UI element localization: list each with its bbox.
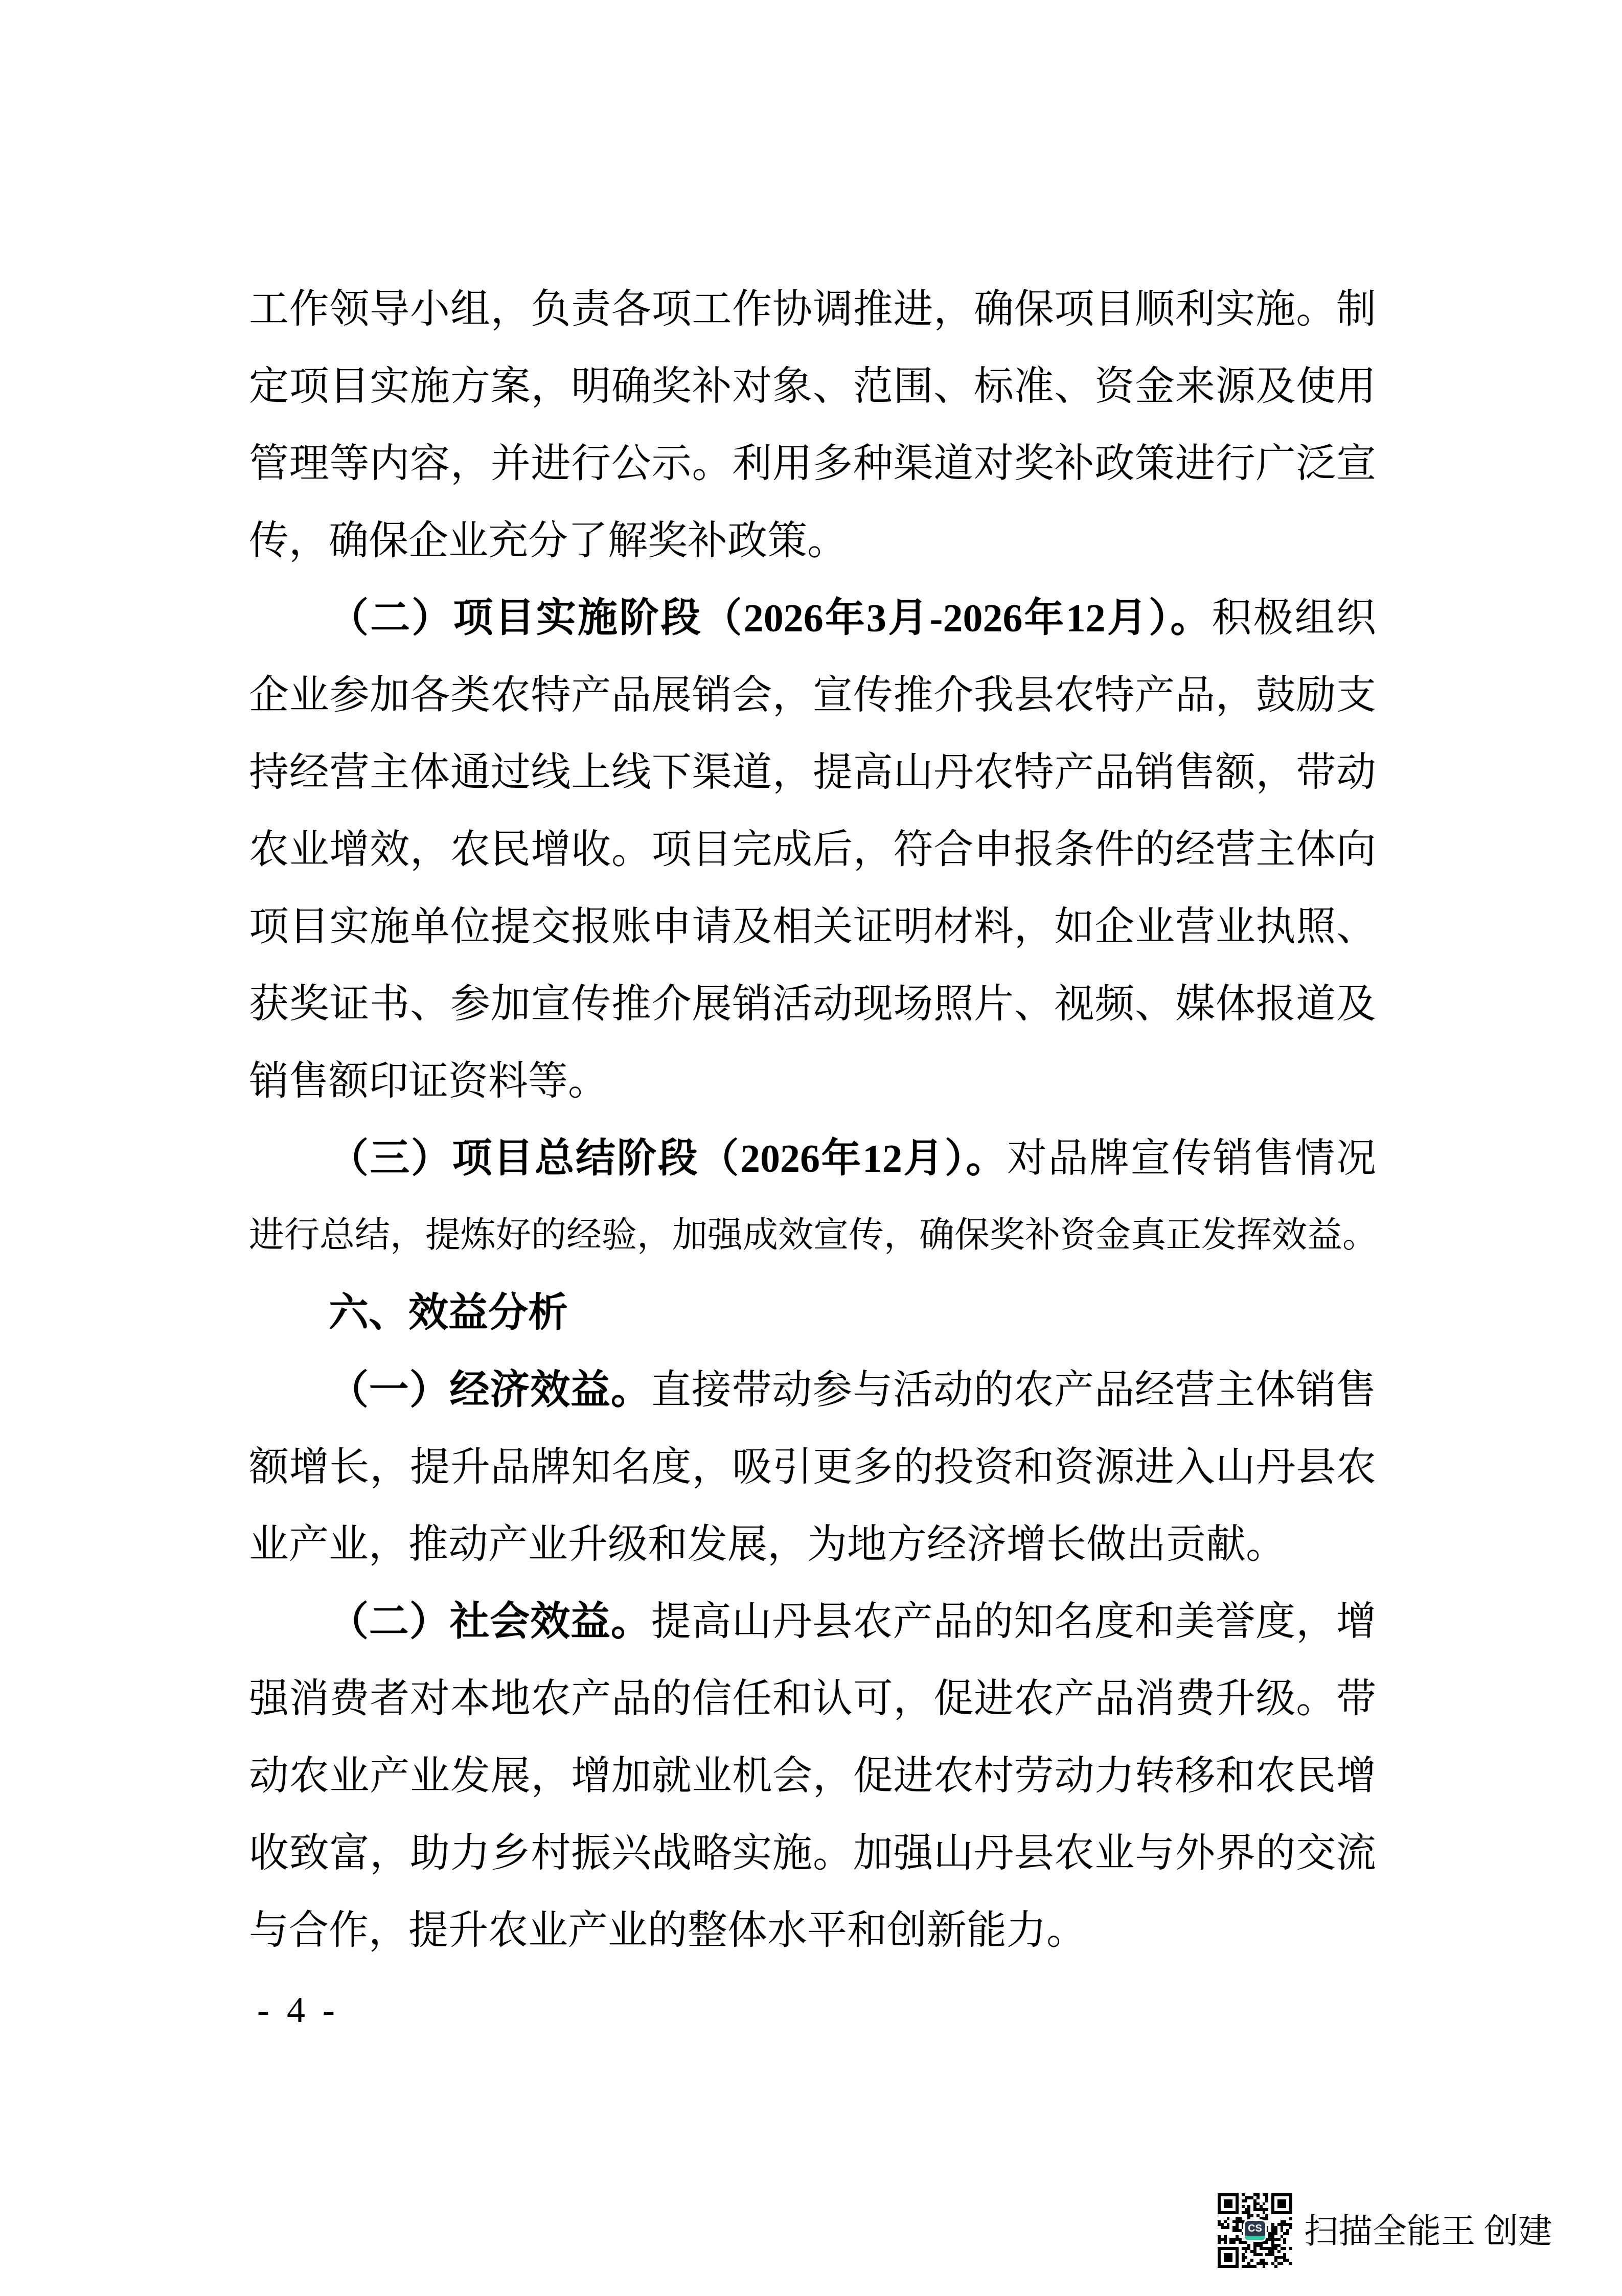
text-segment: 项目实施单位提交报账申请及相关证明材料，如企业营业执照、 (249, 904, 1376, 949)
document-page: 工作领导小组，负责各项工作协调推进，确保项目顺利实施。制定项目实施方案，明确奖补… (0, 0, 1622, 2296)
text-segment: 额增长，提升品牌知名度，吸引更多的投资和资源进入山丹县农 (249, 1445, 1376, 1489)
text-line: 项目实施单位提交报账申请及相关证明材料，如企业营业执照、 (249, 888, 1376, 965)
text-segment: 企业参加各类农特产品展销会，宣传推介我县农特产品，鼓励支 (249, 673, 1376, 717)
page-number: - 4 - (257, 1987, 339, 2033)
text-segment: 直接带动参与活动的农产品经营主体销售 (651, 1368, 1376, 1412)
document-lines: 工作领导小组，负责各项工作协调推进，确保项目顺利实施。制定项目实施方案，明确奖补… (249, 270, 1376, 1969)
bold-label: （三）项目总结阶段（2026年12月）。 (329, 1136, 1007, 1180)
text-line: （三）项目总结阶段（2026年12月）。对品牌宣传销售情况 (249, 1120, 1376, 1197)
text-line: 传，确保企业充分了解奖补政策。 (249, 502, 1376, 579)
text-line: 定项目实施方案，明确奖补对象、范围、标准、资金来源及使用 (249, 348, 1376, 425)
text-segment: 传，确保企业充分了解奖补政策。 (249, 518, 847, 563)
text-line: （二）项目实施阶段（2026年3月-2026年12月）。积极组织 (249, 579, 1376, 656)
text-segment: 获奖证书、参加宣传推介展销活动现场照片、视频、媒体报道及 (249, 982, 1376, 1026)
text-line: 获奖证书、参加宣传推介展销活动现场照片、视频、媒体报道及 (249, 965, 1376, 1042)
text-line: 持经营主体通过线上线下渠道，提高山丹农特产品销售额，带动 (249, 734, 1376, 811)
text-line: 收致富，助力乡村振兴战略实施。加强山丹县农业与外界的交流 (249, 1814, 1376, 1892)
text-segment: 定项目实施方案，明确奖补对象、范围、标准、资金来源及使用 (249, 364, 1376, 408)
bold-label: 六、效益分析 (329, 1290, 568, 1335)
text-line: （二）社会效益。提高山丹县农产品的知名度和美誉度，增 (249, 1583, 1376, 1660)
qr-code: CS (1218, 2193, 1292, 2268)
logo-teal-bar-icon (1245, 2236, 1265, 2240)
text-segment: 强消费者对本地农产品的信任和认可，促进农产品消费升级。带 (249, 1676, 1376, 1721)
camscanner-logo-text: CS (1245, 2221, 1265, 2236)
bold-label: （一）经济效益。 (329, 1368, 651, 1412)
text-segment: 收致富，助力乡村振兴战略实施。加强山丹县农业与外界的交流 (249, 1831, 1376, 1875)
section-heading: 六、效益分析 (249, 1274, 1376, 1351)
text-segment: 提高山丹县农产品的知名度和美誉度，增 (651, 1599, 1376, 1644)
text-segment: 持经营主体通过线上线下渠道，提高山丹农特产品销售额，带动 (249, 750, 1376, 794)
text-line: 强消费者对本地农产品的信任和认可，促进农产品消费升级。带 (249, 1660, 1376, 1737)
text-segment: 销售额印证资料等。 (249, 1059, 608, 1103)
text-segment: 动农业产业发展，增加就业机会，促进农村劳动力转移和农民增 (249, 1754, 1376, 1798)
text-line: 工作领导小组，负责各项工作协调推进，确保项目顺利实施。制 (249, 270, 1376, 348)
text-line: 额增长，提升品牌知名度，吸引更多的投资和资源进入山丹县农 (249, 1428, 1376, 1506)
text-segment: 管理等内容，并进行公示。利用多种渠道对奖补政策进行广泛宣 (249, 441, 1376, 486)
text-line: 业产业，推动产业升级和发展，为地方经济增长做出贡献。 (249, 1506, 1376, 1583)
text-segment: 业产业，推动产业升级和发展，为地方经济增长做出贡献。 (249, 1522, 1286, 1566)
text-line: 农业增效，农民增收。项目完成后，符合申报条件的经营主体向 (249, 811, 1376, 888)
text-line: 管理等内容，并进行公示。利用多种渠道对奖补政策进行广泛宣 (249, 425, 1376, 502)
bold-label: （二）项目实施阶段（2026年3月-2026年12月）。 (329, 596, 1212, 640)
camscanner-logo-icon: CS (1245, 2221, 1265, 2240)
text-segment: 工作领导小组，负责各项工作协调推进，确保项目顺利实施。制 (249, 287, 1376, 331)
camscanner-brand-text: 扫描全能王 创建 (1304, 2193, 1552, 2268)
text-line: 企业参加各类农特产品展销会，宣传推介我县农特产品，鼓励支 (249, 656, 1376, 734)
text-segment: 与合作，提升农业产业的整体水平和创新能力。 (249, 1908, 1086, 1952)
text-segment: 积极组织 (1212, 596, 1376, 640)
text-segment: 农业增效，农民增收。项目完成后，符合申报条件的经营主体向 (249, 827, 1376, 872)
text-line: 进行总结，提炼好的经验，加强成效宣传，确保奖补资金真正发挥效益。 (249, 1197, 1376, 1274)
text-line: （一）经济效益。直接带动参与活动的农产品经营主体销售 (249, 1351, 1376, 1428)
text-segment: 进行总结，提炼好的经验，加强成效宣传，确保奖补资金真正发挥效益。 (249, 1216, 1378, 1255)
text-line: 动农业产业发展，增加就业机会，促进农村劳动力转移和农民增 (249, 1737, 1376, 1814)
text-line: 与合作，提升农业产业的整体水平和创新能力。 (249, 1892, 1376, 1969)
bold-label: （二）社会效益。 (329, 1599, 651, 1644)
text-line: 销售额印证资料等。 (249, 1042, 1376, 1120)
text-segment: 对品牌宣传销售情况 (1007, 1136, 1376, 1180)
